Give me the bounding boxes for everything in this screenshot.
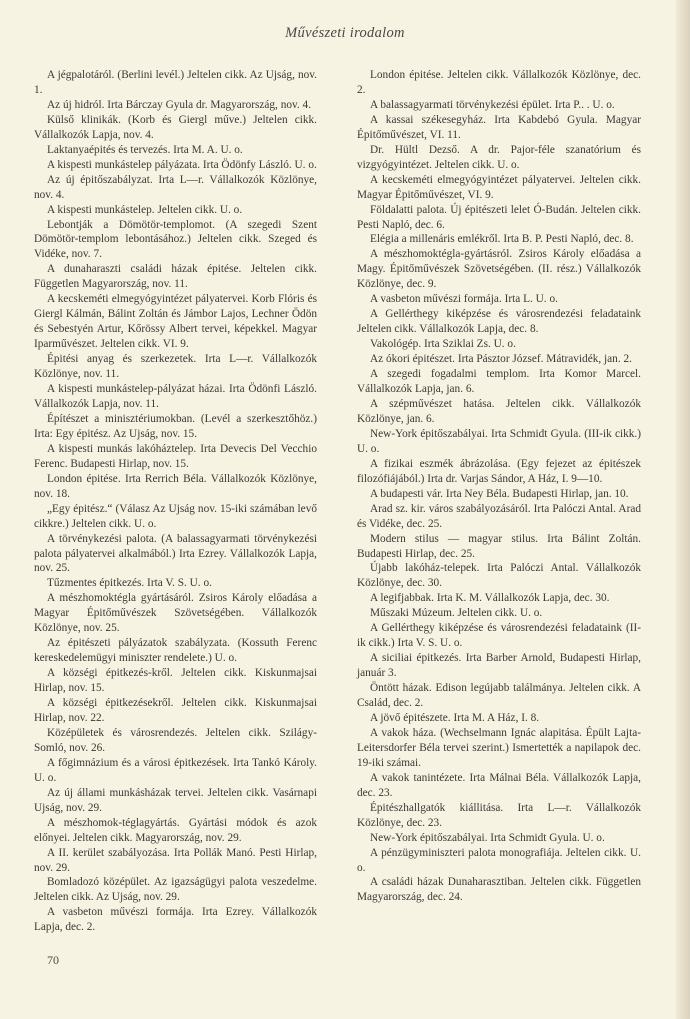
bibliography-entry: „Egy épitész.“ (Válasz Az Ujság nov. 15-… bbox=[34, 502, 317, 532]
bibliography-entry: A vasbeton művészi formája. Irta L. U. o… bbox=[357, 292, 641, 307]
bibliography-entry: A pénzügyminiszteri palota monografiája.… bbox=[357, 846, 641, 876]
bibliography-entry: A vakok tanintézete. Irta Málnai Béla. V… bbox=[357, 771, 641, 801]
bibliography-entry: A balassagyarmati törvénykezési épület. … bbox=[357, 98, 641, 113]
page-binding-edge bbox=[676, 0, 690, 1019]
bibliography-entry: Arad sz. kir. város szabályozásáról. Irt… bbox=[357, 502, 641, 532]
bibliography-entry: A Gellérthegy kiképzése és városrendezés… bbox=[357, 621, 641, 651]
bibliography-entry: A Gellérthegy kiképzése és városrendezés… bbox=[357, 307, 641, 337]
bibliography-entry: A kispesti munkástelep-pályázat házai. I… bbox=[34, 382, 317, 412]
bibliography-entry: A kispesti munkástelep pályázata. Irta Ö… bbox=[34, 158, 317, 173]
bibliography-entry: A dunaharaszti családi házak épitése. Je… bbox=[34, 262, 317, 292]
bibliography-entry: New-York épitőszabályai. Irta Schmidt Gy… bbox=[357, 427, 641, 457]
bibliography-entry: A budapesti vár. Irta Ney Béla. Budapest… bbox=[357, 487, 641, 502]
bibliography-entry: Tűzmentes épitkezés. Irta V. S. U. o. bbox=[34, 576, 317, 591]
bibliography-entry: Dr. Hültl Dezső. A dr. Pajor-féle szanat… bbox=[357, 143, 641, 173]
bibliography-entry: A siciliai épitkezés. Irta Barber Arnold… bbox=[357, 651, 641, 681]
bibliography-entry: A II. kerület szabályozása. Irta Pollák … bbox=[34, 846, 317, 876]
bibliography-entry: A fizikai eszmék ábrázolása. (Egy fejeze… bbox=[357, 457, 641, 487]
bibliography-entry: Bomladozó középület. Az igazságügyi palo… bbox=[34, 875, 317, 905]
bibliography-entry: Műszaki Múzeum. Jeltelen cikk. U. o. bbox=[357, 606, 641, 621]
bibliography-entry: A községi épitkezésekről. Jeltelen cikk.… bbox=[34, 696, 317, 726]
bibliography-entry: Az épitészeti pályázatok szabályzata. (K… bbox=[34, 636, 317, 666]
bibliography-entry: Lebontják a Dömötör-templomot. (A szeged… bbox=[34, 218, 317, 263]
bibliography-entry: Vakológép. Irta Sziklai Zs. U. o. bbox=[357, 337, 641, 352]
bibliography-entry: A mészhomoktégla-gyártásról. Zsiros Káro… bbox=[357, 247, 641, 292]
bibliography-entry: London épitése. Irta Rerrich Béla. Válla… bbox=[34, 472, 317, 502]
running-title: Művészeti irodalom bbox=[0, 25, 690, 42]
bibliography-entry: A kispesti munkás lakóháztelep. Irta Dev… bbox=[34, 442, 317, 472]
bibliography-entry: A kassai székesegyház. Irta Kabdebó Gyul… bbox=[357, 113, 641, 143]
bibliography-entry: Az új állami munkásházak tervei. Jeltele… bbox=[34, 786, 317, 816]
bibliography-entry: A törvénykezési palota. (A balassagyarma… bbox=[34, 532, 317, 577]
bibliography-entry: Elégia a millenáris emlékről. Irta B. P.… bbox=[357, 232, 641, 247]
bibliography-entry: A kecskeméti elmegyógyintézet pályaterve… bbox=[357, 173, 641, 203]
bibliography-entry: Az új hidról. Irta Bárczay Gyula dr. Mag… bbox=[34, 98, 317, 113]
bibliography-entry: Földalatti palota. Új épitészeti lelet Ó… bbox=[357, 203, 641, 233]
bibliography-entry: New-York épitőszabályai. Irta Schmidt Gy… bbox=[357, 831, 641, 846]
bibliography-entry: Laktanyaépités és tervezés. Irta M. A. U… bbox=[34, 143, 317, 158]
bibliography-entry: Modern stilus — magyar stilus. Irta Báli… bbox=[357, 532, 641, 562]
right-column: London épitése. Jeltelen cikk. Vállalkoz… bbox=[357, 68, 641, 905]
bibliography-entry: A vasbeton művészi formája. Irta Ezrey. … bbox=[34, 905, 317, 935]
bibliography-entry: A kecskeméti elmegyógyintézet pályaterve… bbox=[34, 292, 317, 352]
bibliography-entry: Az új épitőszabályzat. Irta L—r. Vállalk… bbox=[34, 173, 317, 203]
bibliography-entry: A szegedi fogadalmi templom. Irta Komor … bbox=[357, 367, 641, 397]
bibliography-entry: Újabb lakóház-telepek. Irta Palóczi Anta… bbox=[357, 561, 641, 591]
bibliography-entry: A mészhomoktégla gyártásáról. Zsiros Kár… bbox=[34, 591, 317, 636]
bibliography-entry: A kispesti munkástelep. Jeltelen cikk. U… bbox=[34, 203, 317, 218]
bibliography-entry: A jövő épitészete. Irta M. A Ház, I. 8. bbox=[357, 711, 641, 726]
bibliography-entry: Épitési anyag és szerkezetek. Irta L—r. … bbox=[34, 352, 317, 382]
bibliography-entry: A községi épitkezés-kről. Jeltelen cikk.… bbox=[34, 666, 317, 696]
bibliography-entry: A mészhomok-téglagyártás. Gyártási módok… bbox=[34, 816, 317, 846]
page-number: 70 bbox=[47, 953, 59, 968]
bibliography-entry: Öntött házak. Edison legújabb találmánya… bbox=[357, 681, 641, 711]
bibliography-entry: A legifjabbak. Irta K. M. Vállalkozók La… bbox=[357, 591, 641, 606]
bibliography-entry: A jégpalotáról. (Berlini levél.) Jeltele… bbox=[34, 68, 317, 98]
bibliography-entry: Épitészhallgatók kiállitása. Irta L—r. V… bbox=[357, 801, 641, 831]
bibliography-entry: Építészet a minisztériumokban. (Levél a … bbox=[34, 412, 317, 442]
bibliography-entry: London épitése. Jeltelen cikk. Vállalkoz… bbox=[357, 68, 641, 98]
bibliography-entry: A családi házak Dunaharasztiban. Jeltele… bbox=[357, 875, 641, 905]
bibliography-entry: A vakok háza. (Wechselmann Ignác alapitá… bbox=[357, 726, 641, 771]
bibliography-entry: A főgimnázium és a városi épitkezések. I… bbox=[34, 756, 317, 786]
bibliography-entry: Az ókori épitészet. Irta Pásztor József.… bbox=[357, 352, 641, 367]
bibliography-entry: Középületek és városrendezés. Jeltelen c… bbox=[34, 726, 317, 756]
bibliography-entry: A szépművészet hatása. Jeltelen cikk. Vá… bbox=[357, 397, 641, 427]
bibliography-entry: Külső klinikák. (Korb és Giergl műve.) J… bbox=[34, 113, 317, 143]
left-column: A jégpalotáról. (Berlini levél.) Jeltele… bbox=[34, 68, 317, 935]
